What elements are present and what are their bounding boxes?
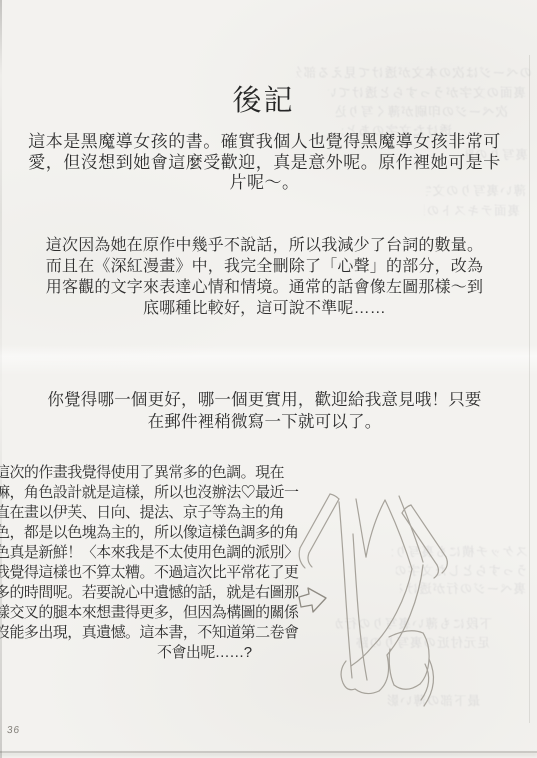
right-arrow-icon xyxy=(299,588,326,612)
text-line: 用客觀的文字來表達心情和情境。通常的話會像左圖那樣～到 xyxy=(0,277,529,298)
scan-edge-left xyxy=(0,0,2,758)
text-line: 直在畫以伊芙、日向、提法、京子等為主的角 xyxy=(0,503,299,523)
scan-edge-bottom xyxy=(0,751,537,753)
leg-gap xyxy=(356,499,385,557)
right-shin xyxy=(372,565,423,655)
text-line: 底哪種比較好，這可說不準呢…… xyxy=(0,298,529,319)
scanned-page: のページは次の本文が透けて見える部分です 裏面の文字がうっすらと透けています 次… xyxy=(0,0,537,758)
text-line: 而且在《深紅漫畫》中，我完全刪除了「心聲」的部分，改為 xyxy=(0,256,529,277)
text-line: 不會出呢……? xyxy=(0,643,299,663)
text-line: 我覺得這樣也不算太糟。不過這次比平常花了更 xyxy=(0,563,299,583)
crossed-legs-sketch xyxy=(293,487,458,715)
text-line: 片呢～。 xyxy=(0,173,529,194)
left-stocking-band xyxy=(299,494,339,568)
text-line: 你覺得哪一個更好，哪一個更實用，歡迎給我意見哦！只要 xyxy=(0,390,529,412)
text-line: 多的時間呢。若要說心中遺憾的話，就是右圖那 xyxy=(0,583,299,603)
text-line: 樣交叉的腿本來想畫得更多，但因為構圖的關係 xyxy=(0,603,299,623)
text-line: 沒能多出現，真遺憾。這本書，不知道第二卷會 xyxy=(0,623,299,643)
text-line: 在郵件裡稍微寫一下就可以了。 xyxy=(0,412,529,434)
paragraph-artwork: 這次的作畫我覺得使用了異常多的色調。現在 嘛，角色設計就是這樣，所以也沒辦法♡最… xyxy=(0,463,299,663)
right-shoe xyxy=(389,631,433,706)
paragraph-intro: 這本是黑魔導女孩的書。確實我個人也覺得黑魔導女孩非常可 愛，但沒想到她會這麼受歡… xyxy=(0,132,529,194)
text-line: 嘛，角色設計就是這樣，所以也沒辦法♡最近一 xyxy=(0,483,299,503)
left-leg xyxy=(339,502,367,680)
scan-edge-right xyxy=(529,55,530,723)
page-number: 36 xyxy=(6,725,20,736)
text-line: 這本是黑魔導女孩的書。確實我個人也覺得黑魔導女孩非常可 xyxy=(0,132,529,153)
page-title: 後記 xyxy=(0,78,527,119)
paragraph-feedback: 你覺得哪一個更好，哪一個更實用，歡迎給我意見哦！只要 在郵件裡稍微寫一下就可以了… xyxy=(0,390,529,433)
text-line: 愛，但沒想到她會這麼受歡迎，真是意外呢。原作裡她可是卡 xyxy=(0,153,529,174)
bleedthrough-text: 裏面テキストの影 xyxy=(424,204,520,219)
paragraph-dialogue: 這次因為她在原作中幾乎不說話，所以我減少了台詞的數量。 而且在《深紅漫畫》中，我… xyxy=(0,235,529,319)
text-line: 這次的作畫我覺得使用了異常多的色調。現在 xyxy=(0,463,299,483)
text-line: 色真是新鮮！〈本來我是不太使用色調的派別〉 xyxy=(0,543,299,563)
text-line: 色，都是以色塊為主的，所以像這樣色調多的角 xyxy=(0,523,299,543)
right-thigh xyxy=(385,496,423,569)
right-stocking-band xyxy=(402,505,447,578)
text-line: 這次因為她在原作中幾乎不說話，所以我減少了台詞的數量。 xyxy=(0,235,529,256)
